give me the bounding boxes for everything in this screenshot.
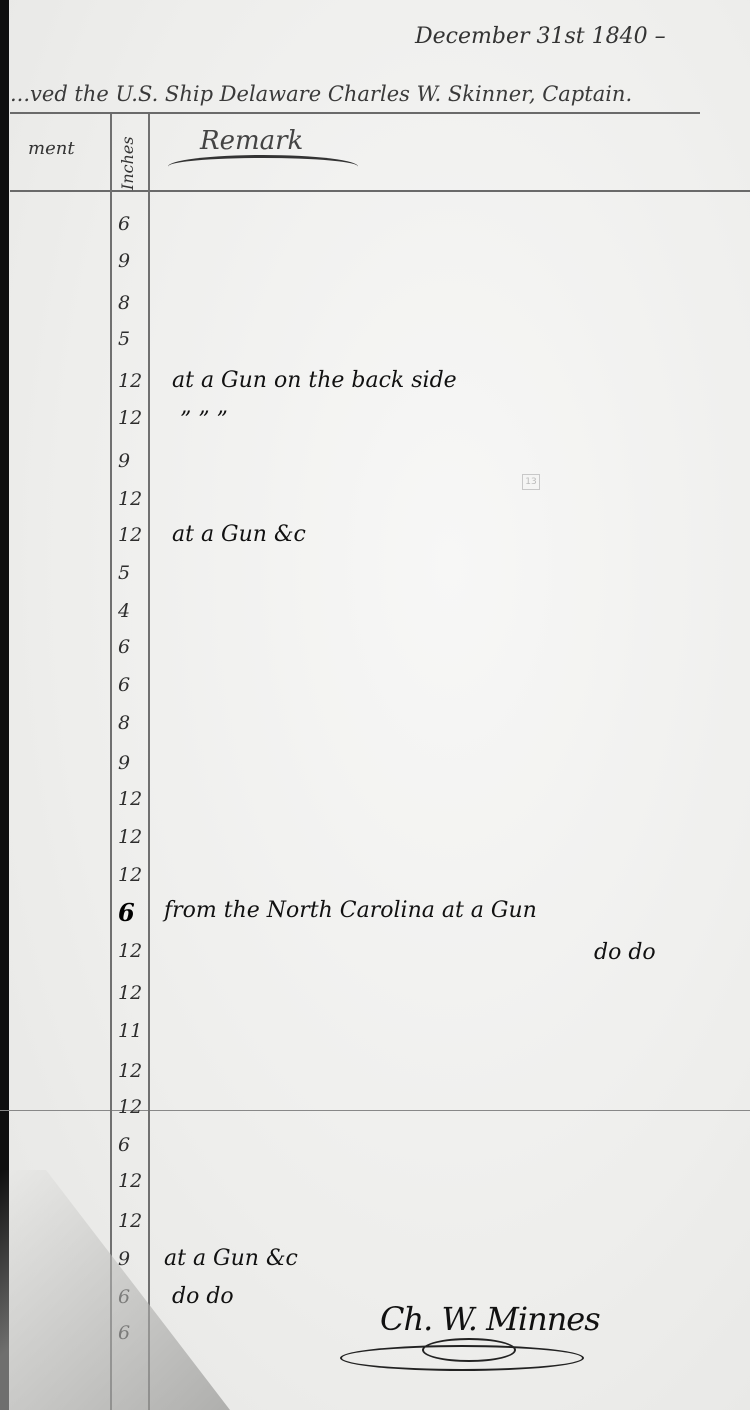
document-page: December 31st 1840 – ...ved the U.S. Shi… [0, 0, 750, 1410]
row-value: 9 [118, 752, 148, 774]
column-divider-left [110, 114, 112, 1410]
row-value: 6 [118, 636, 148, 658]
row-value: 12 [118, 370, 148, 392]
signature-flourish-inner [422, 1338, 516, 1362]
document-date: December 31st 1840 – [415, 24, 666, 49]
remark-flourish [168, 155, 358, 178]
row-value: 12 [118, 982, 148, 1004]
row-value: 8 [118, 712, 148, 734]
row-value: 11 [118, 1020, 148, 1042]
row-remark: at a Gun &c [172, 522, 306, 547]
row-value: 12 [118, 1096, 148, 1118]
row-value: 6 [118, 674, 148, 696]
row-value: 12 [118, 864, 148, 886]
row-value: 9 [118, 250, 148, 272]
row-remark: at a Gun &c [164, 1246, 298, 1271]
row-value: 12 [118, 1060, 148, 1082]
signature: Ch. W. Minnes [380, 1300, 600, 1338]
row-remark: at a Gun on the back side [172, 368, 457, 393]
row-value: 8 [118, 292, 148, 314]
column-header-left: ment [28, 138, 75, 159]
document-title-line: ...ved the U.S. Ship Delaware Charles W.… [10, 82, 632, 106]
row-value: 12 [118, 940, 148, 962]
page-fold-rule [0, 1110, 750, 1111]
row-value: 12 [118, 1210, 148, 1232]
row-value: 12 [118, 407, 148, 429]
row-value: 12 [118, 524, 148, 546]
row-remark: from the North Carolina at a Gun [164, 898, 537, 923]
row-value: 12 [118, 788, 148, 810]
row-value: 9 [118, 1248, 148, 1270]
row-value: 9 [118, 450, 148, 472]
row-value: 5 [118, 562, 148, 584]
column-divider-right [148, 114, 150, 1410]
row-value: 6 [118, 1134, 148, 1156]
header-rule-top [10, 112, 700, 114]
page-stamp: 13 [522, 474, 540, 490]
row-value: 12 [118, 1170, 148, 1192]
row-value: 12 [118, 488, 148, 510]
row-value: 4 [118, 600, 148, 622]
row-remark: do do [594, 940, 656, 965]
row-value: 5 [118, 328, 148, 350]
column-header-inches: Inches [118, 136, 137, 190]
row-value: 6 [118, 898, 148, 927]
column-header-remark: Remark [200, 126, 303, 156]
row-value: 12 [118, 826, 148, 848]
header-rule-bottom [10, 190, 750, 192]
row-remark: ” ” ” [180, 408, 228, 433]
row-remark: do do [172, 1284, 234, 1309]
row-value: 6 [118, 213, 148, 235]
